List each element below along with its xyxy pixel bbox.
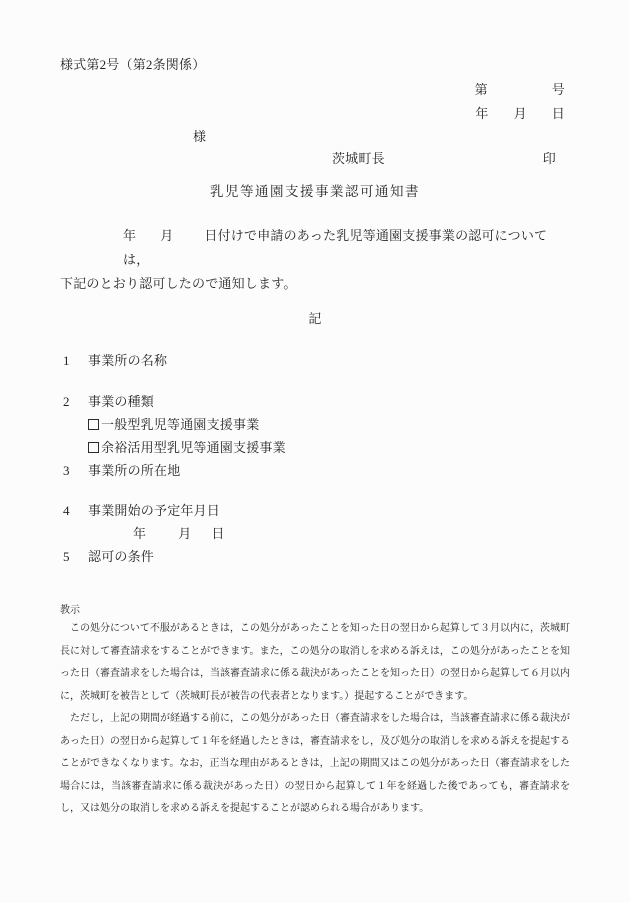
record-marker: 記: [60, 310, 570, 327]
body-blank-day: [173, 239, 204, 240]
body-year-label: 年: [123, 228, 136, 243]
start-date-day-label: 日: [211, 526, 224, 541]
addressee-line: 様: [60, 128, 570, 145]
doc-number-blank: [488, 93, 552, 94]
item-business-name: 1 事業所の名称: [60, 349, 570, 372]
body-month-label: 月: [160, 228, 173, 243]
notice-heading: 教示: [60, 604, 570, 618]
item-label: 事業所の名称: [88, 349, 167, 372]
issue-date-month-label: 月: [514, 106, 527, 121]
item-number: 5: [60, 545, 88, 568]
checkbox-icon: [88, 419, 99, 430]
issuer-signature-blank: [385, 162, 543, 163]
issue-date-blank-month: [489, 117, 514, 118]
item-label: 事業の種類: [88, 390, 154, 413]
item-approval-conditions: 5 認可の条件: [60, 545, 570, 568]
option-label: 一般型乳児等通園支援事業: [101, 417, 259, 432]
body-line-2: 下記のとおり認可したので通知します。: [60, 272, 570, 296]
option-general-type: 一般型乳児等通園支援事業: [60, 413, 570, 436]
item-number: 1: [60, 349, 88, 372]
notice-paragraph-2: ただし，上記の期間が経過する前に，この処分があった日（審査請求をした場合は，当該…: [60, 708, 570, 821]
items-list: 1 事業所の名称 2 事業の種類 一般型乳児等通園支援事業 余裕活用型乳児等通園…: [60, 349, 570, 568]
start-date-year-label: 年: [133, 526, 146, 541]
option-label: 余裕活用型乳児等通園支援事業: [101, 440, 286, 455]
body-blank-month: [136, 239, 160, 240]
issue-date-day-label: 日: [552, 106, 565, 121]
option-surplus-type: 余裕活用型乳児等通園支援事業: [60, 436, 570, 459]
notice-section: 教示 この処分について不服があるときは，この処分があったことを知った日の翌日から…: [60, 604, 570, 821]
start-date-month-label: 月: [178, 526, 191, 541]
body-line1-text: 日付けで申請のあった乳児等通園支援事業の認可については，: [123, 228, 547, 267]
document-page: 様式第2号（第2条関係） 第号 年月日 様 茨城町長印 乳児等通園支援事業認可通…: [0, 0, 630, 903]
issuer-line: 茨城町長印: [60, 150, 570, 167]
item-number: 3: [60, 459, 88, 482]
document-number-line: 第号: [60, 81, 570, 98]
item-business-location: 3 事業所の所在地: [60, 459, 570, 482]
item-business-type: 2 事業の種類: [60, 390, 570, 413]
issue-date-year-label: 年: [475, 106, 488, 121]
item-number: 4: [60, 499, 88, 522]
body-line-1: 年月日付けで申請のあった乳児等通園支援事業の認可については，: [60, 224, 570, 272]
item-label: 事業開始の予定年月日: [88, 499, 220, 522]
checkbox-icon: [88, 442, 99, 453]
issue-date-line: 年月日: [60, 105, 570, 122]
issue-date-blank-day: [527, 117, 552, 118]
item-number: 2: [60, 390, 88, 413]
item-label: 事業所の所在地: [88, 459, 180, 482]
issuer-name: 茨城町長: [332, 151, 385, 166]
notice-paragraph-1: この処分について不服があるときは，この処分があったことを知った日の翌日から起算し…: [60, 618, 570, 708]
start-date-blank-day: [191, 537, 211, 538]
form-number: 様式第2号（第2条関係）: [60, 56, 570, 73]
body-paragraph: 年月日付けで申請のあった乳児等通園支援事業の認可については， 下記のとおり認可し…: [60, 224, 570, 296]
document-title: 乳児等通園支援事業認可通知書: [60, 183, 570, 201]
item-start-date: 4 事業開始の予定年月日: [60, 499, 570, 522]
start-date-blank-month: [146, 537, 178, 538]
seal-mark: 印: [543, 151, 556, 166]
item-label: 認可の条件: [88, 545, 154, 568]
doc-number-prefix: 第: [475, 82, 488, 97]
addressee-suffix: 様: [193, 129, 206, 144]
start-date-blank-line: 年月日: [60, 522, 570, 545]
doc-number-suffix: 号: [552, 82, 565, 97]
